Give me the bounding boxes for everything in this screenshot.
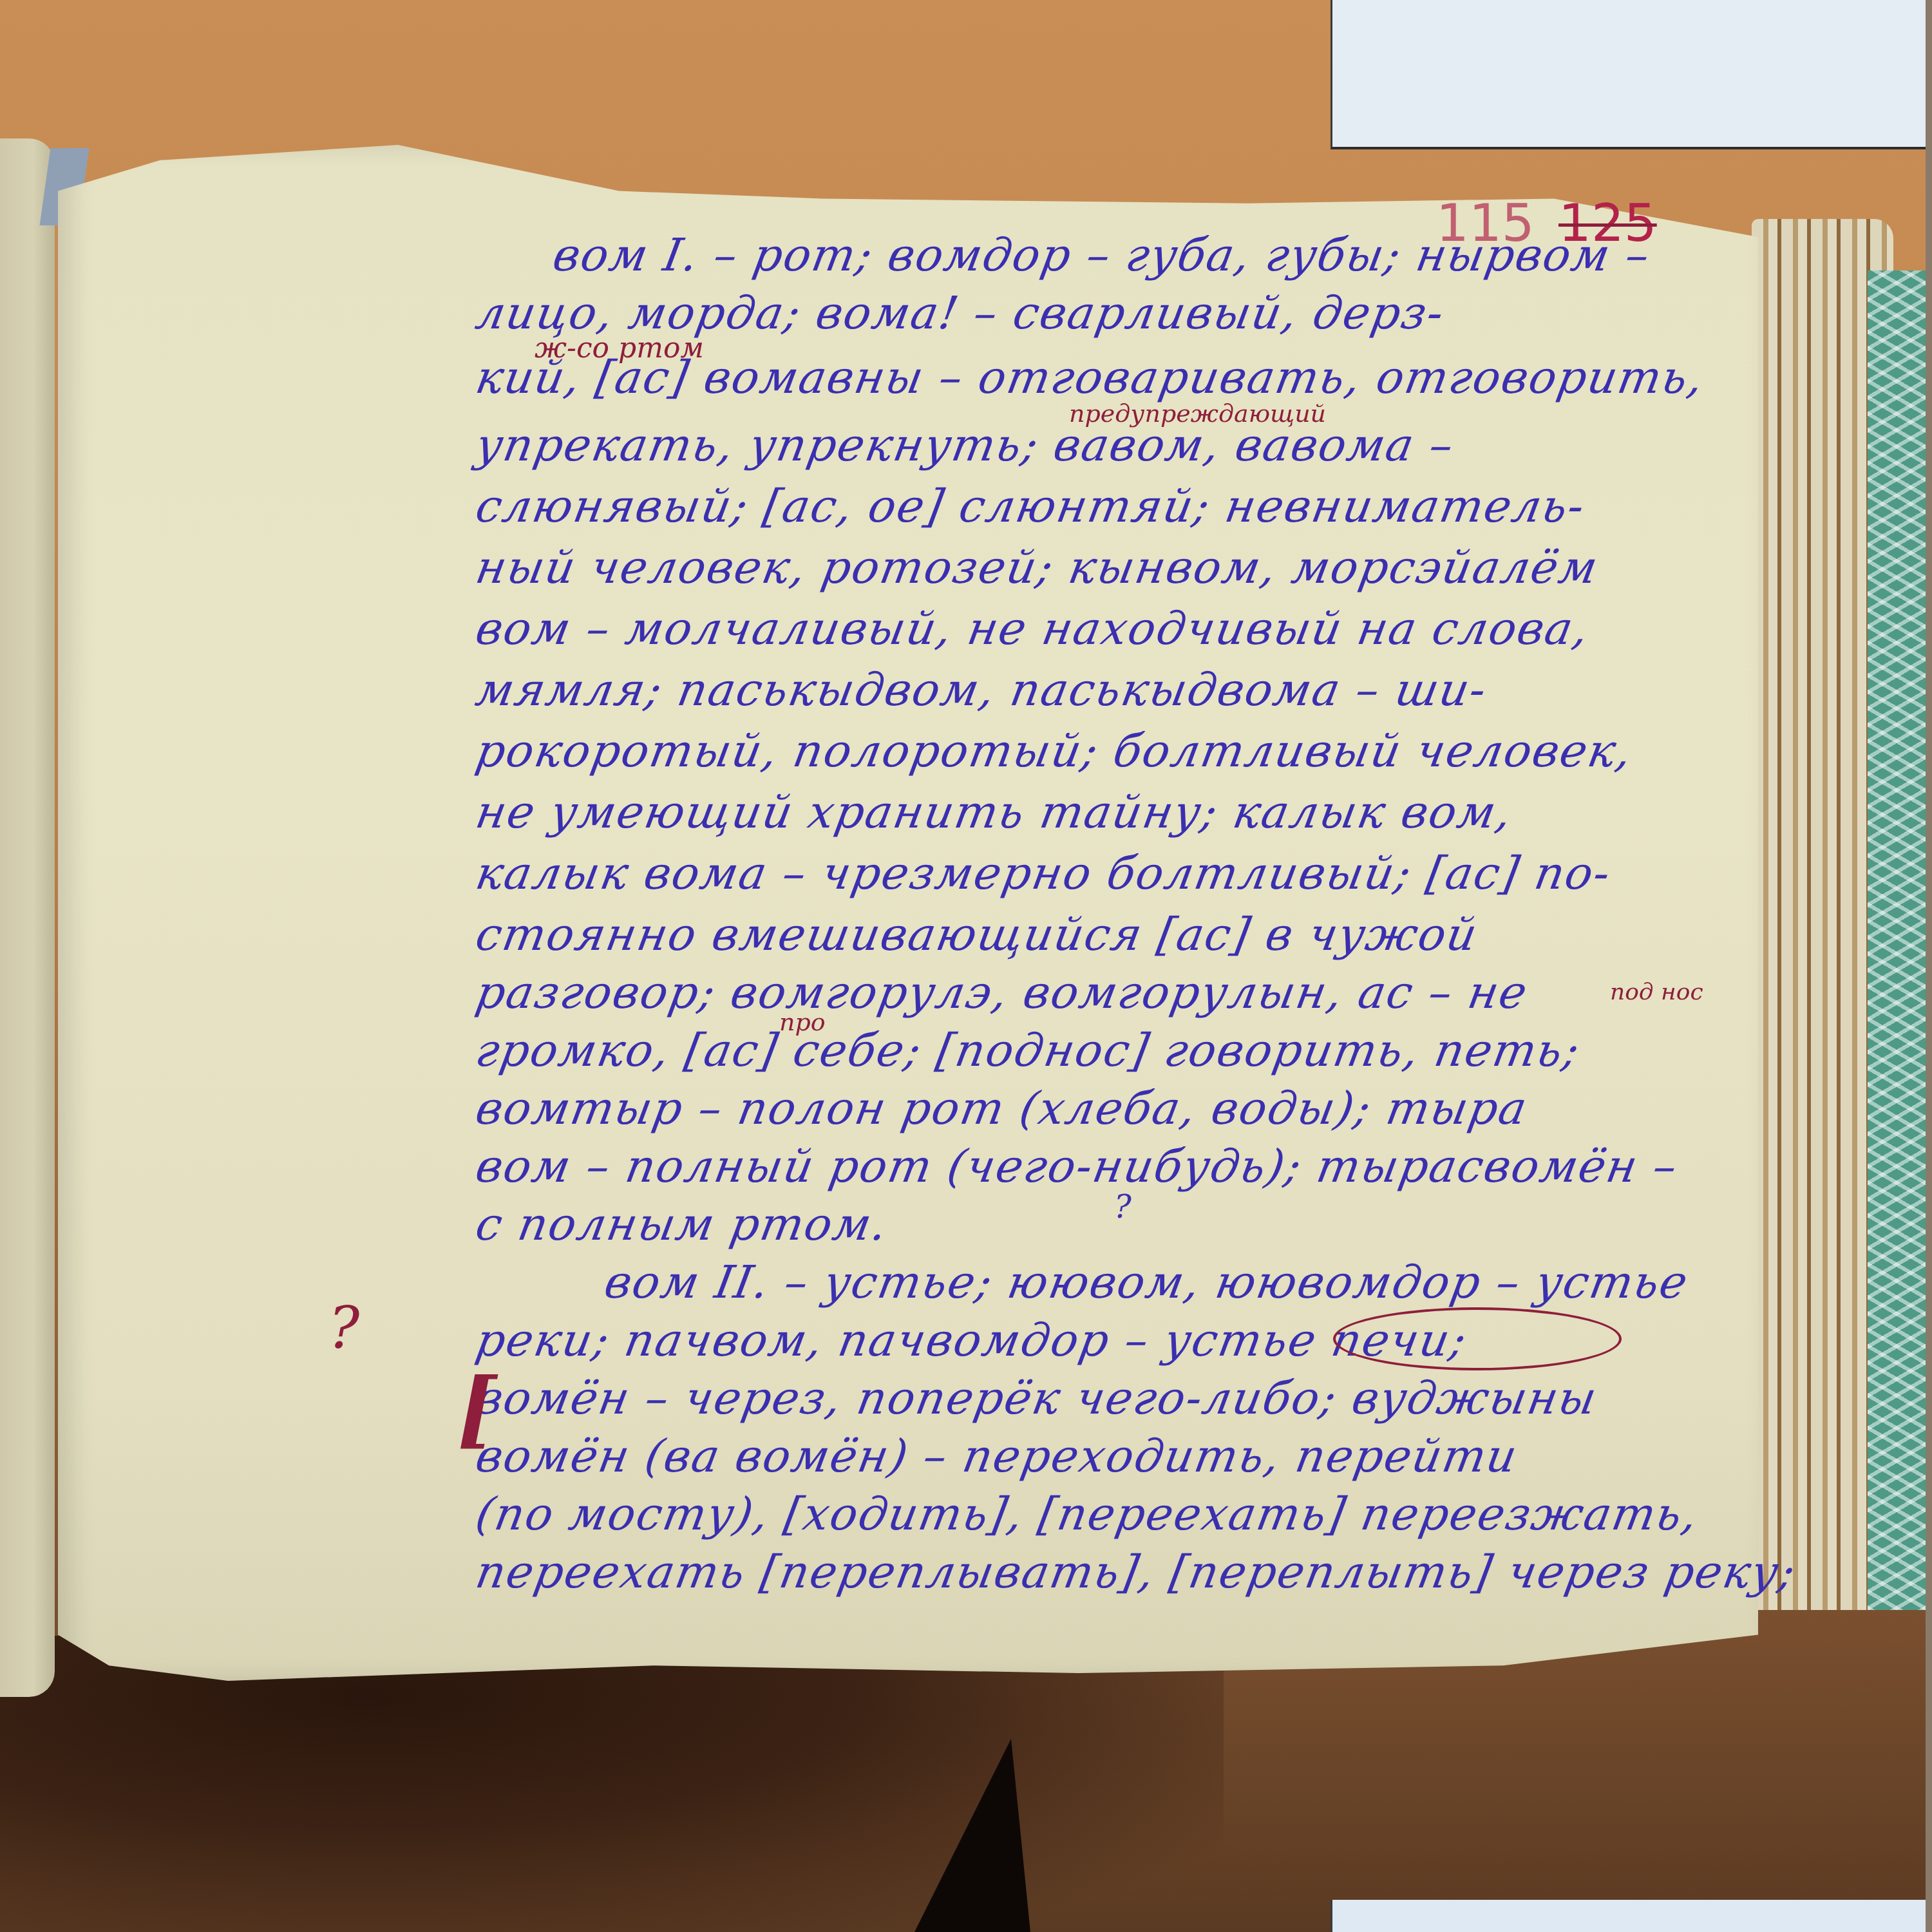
query-mark: ?: [1114, 1188, 1132, 1226]
manuscript-line: (по мосту), [ходить], [переехать] переез…: [472, 1488, 1703, 1540]
correction-note: ж-со ртом: [535, 332, 704, 365]
manuscript-line: вомён (ва вомён) – переходить, перейти: [472, 1430, 1522, 1482]
manuscript-line: переехать [переплывать], [переплыть] чер…: [472, 1546, 1801, 1598]
desk-shadow: [0, 1636, 1224, 1932]
manuscript-line: громко, [ас] себе; [поднос] говорить, пе…: [472, 1024, 1584, 1077]
manuscript-line: вомён – через, поперёк чего-либо; вуджын…: [472, 1372, 1602, 1425]
manuscript-line: вом II. – устье; юювом, юювомдор – устье: [601, 1256, 1693, 1309]
left-page-edge: [0, 138, 55, 1697]
manuscript-line: вомтыр – полон рот (хлеба, воды); тыра: [472, 1082, 1532, 1135]
circled-word: [1333, 1307, 1622, 1370]
correction-note: предупреждающий: [1069, 399, 1326, 428]
manuscript-line: не умеющий хранить тайну; калык вом,: [472, 786, 1517, 838]
correction-note: про: [779, 1008, 826, 1036]
manuscript-line: ный человек, ротозей; кынвом, морсэйалём: [472, 541, 1603, 594]
dark-object: [914, 1739, 1030, 1932]
marbled-cover: [1868, 270, 1926, 1610]
manuscript-line: разговор; вомгорулэ, вомгорулын, ас – не: [472, 966, 1532, 1019]
manuscript-line: вом – молчаливый, не находчивый на слова…: [472, 602, 1594, 655]
manuscript-line: мямля; паськыдвом, паськыдвома – ши-: [472, 663, 1492, 716]
manuscript-line: вом – полный рот (чего-нибудь); тырасвом…: [472, 1140, 1682, 1193]
right-border: [1926, 0, 1932, 1932]
manuscript-line: с полным ртом.: [472, 1198, 893, 1251]
white-card-bottom: [1331, 1900, 1932, 1932]
manuscript-line: слюнявый; [ас, ое] слюнтяй; невниматель-: [472, 480, 1589, 533]
manuscript-line: рокоротый, полоротый; болтливый человек,: [472, 724, 1637, 777]
correction-note: под нос: [1610, 979, 1703, 1005]
white-card: [1331, 0, 1932, 149]
insertion-bracket: [: [457, 1359, 497, 1457]
manuscript-line: реки; пачвом, пачвомдор – устье печи;: [472, 1314, 1472, 1367]
manuscript-line: вом I. – рот; вомдор – губа, губы; нырво…: [549, 229, 1655, 281]
manuscript-line: калык вома – чрезмерно болтливый; [ас] п…: [472, 847, 1615, 900]
margin-question-mark: ?: [328, 1294, 359, 1362]
manuscript-line: стоянно вмешивающийся [ас] в чужой: [472, 908, 1482, 961]
